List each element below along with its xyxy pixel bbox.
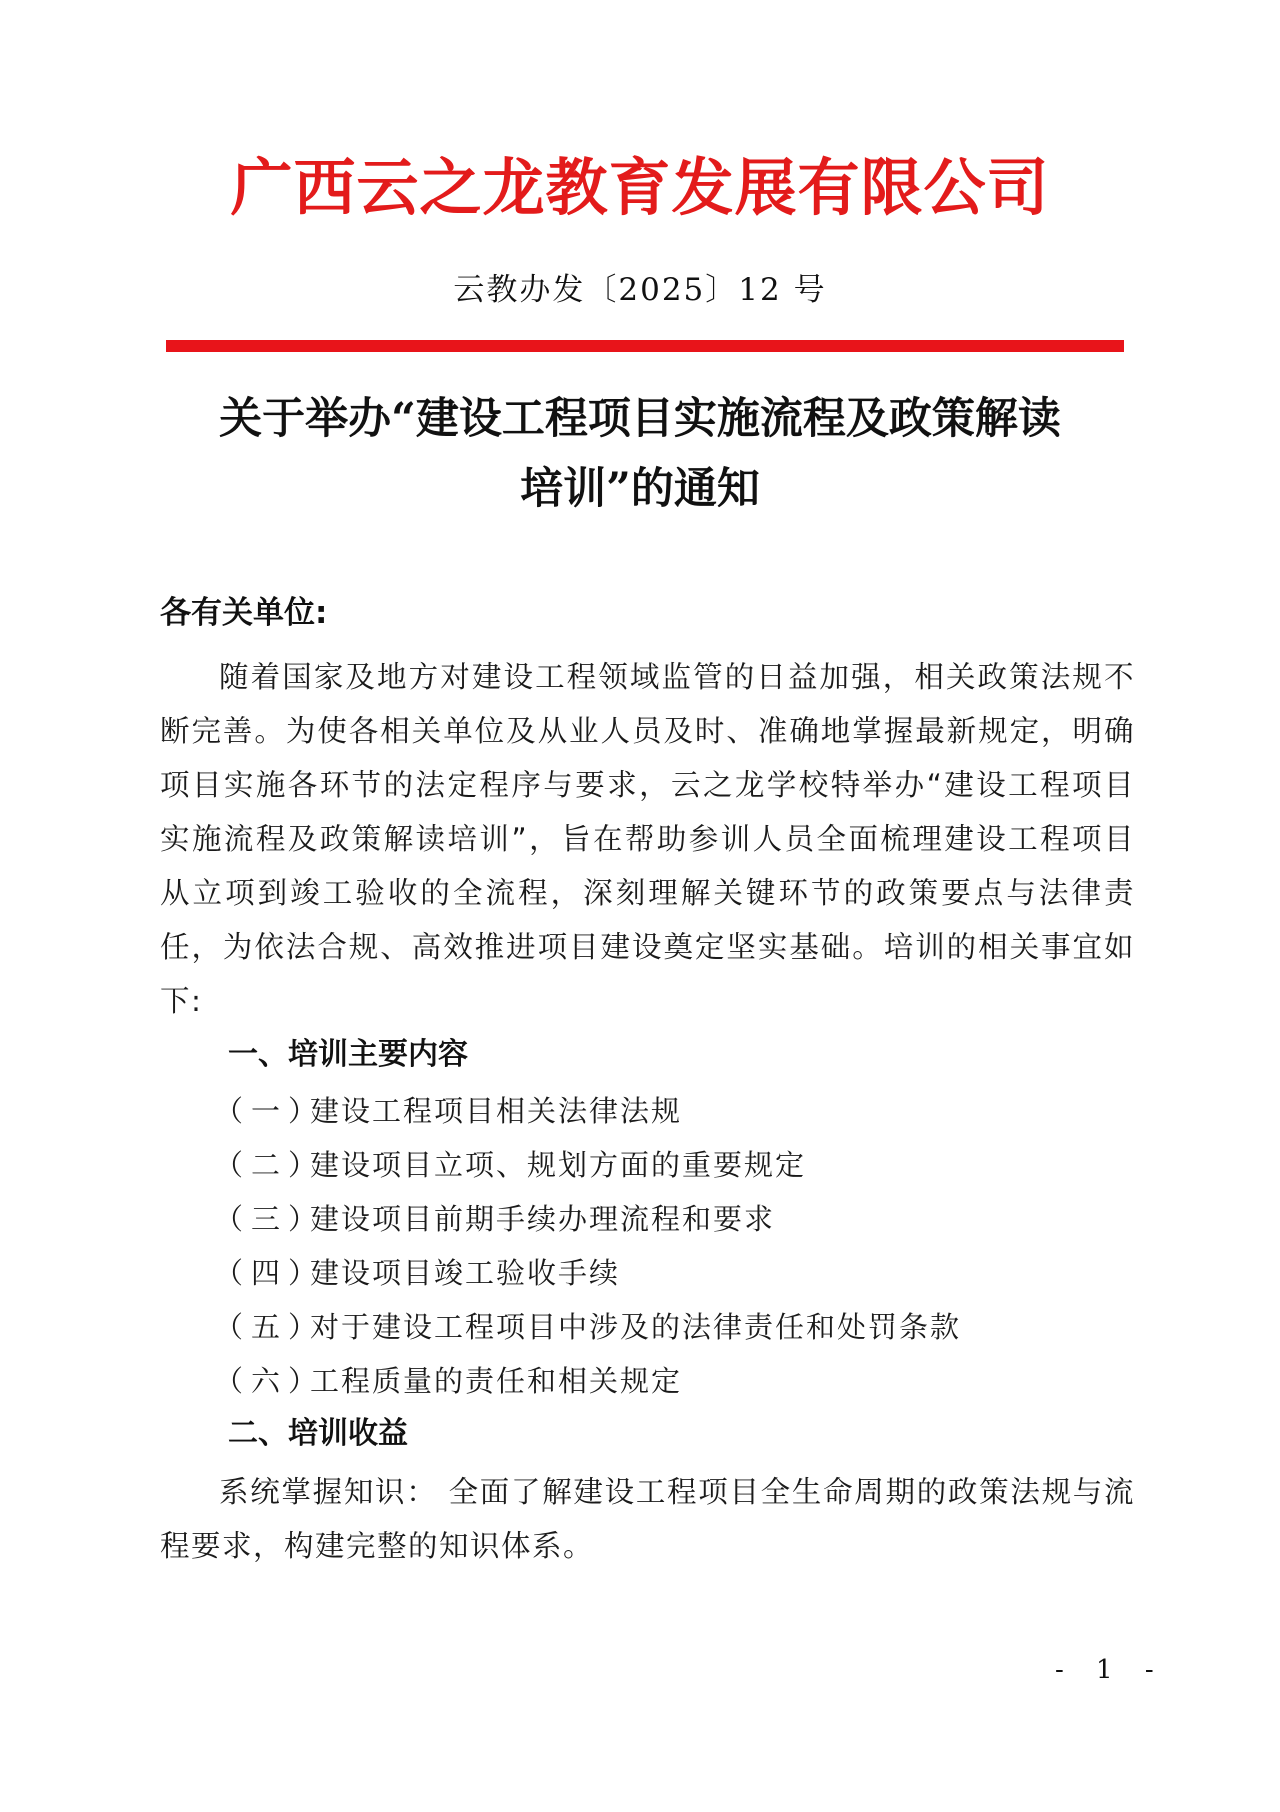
list-item-number: （四） xyxy=(214,1246,310,1300)
document-number: 云教办发〔2025〕12 号 xyxy=(0,270,1280,310)
list-item: （三）建设项目前期手续办理流程和要求 xyxy=(214,1192,1114,1246)
list-item-text: 建设项目前期手续办理流程和要求 xyxy=(310,1202,775,1236)
benefits-paragraph: 系统掌握知识： 全面了解建设工程项目全生命周期的政策法规与流程要求，构建完整的知… xyxy=(160,1465,1135,1573)
list-item-text: 建设项目立项、规划方面的重要规定 xyxy=(310,1148,806,1182)
training-content-list: （一）建设工程项目相关法律法规 （二）建设项目立项、规划方面的重要规定 （三）建… xyxy=(214,1084,1114,1408)
salutation: 各有关单位: xyxy=(160,593,327,633)
list-item-text: 工程质量的责任和相关规定 xyxy=(310,1364,682,1398)
section-heading-training-benefits: 二、培训收益 xyxy=(228,1414,408,1454)
benefits-paragraph-block: 系统掌握知识： 全面了解建设工程项目全生命周期的政策法规与流程要求，构建完整的知… xyxy=(160,1465,1135,1573)
document-title: 关于举办“建设工程项目实施流程及政策解读 培训”的通知 xyxy=(150,384,1130,524)
list-item-number: （一） xyxy=(214,1084,310,1138)
list-item-number: （三） xyxy=(214,1192,310,1246)
list-item: （二）建设项目立项、规划方面的重要规定 xyxy=(214,1138,1114,1192)
intro-paragraph: 随着国家及地方对建设工程领域监管的日益加强，相关政策法规不断完善。为使各相关单位… xyxy=(160,650,1135,1028)
list-item-text: 建设项目竣工验收手续 xyxy=(310,1256,620,1290)
intro-paragraph-block: 随着国家及地方对建设工程领域监管的日益加强，相关政策法规不断完善。为使各相关单位… xyxy=(160,650,1135,1028)
list-item-number: （六） xyxy=(214,1354,310,1408)
list-item: （四）建设项目竣工验收手续 xyxy=(214,1246,1114,1300)
list-item-text: 对于建设工程项目中涉及的法律责任和处罚条款 xyxy=(310,1310,961,1344)
list-item: （六）工程质量的责任和相关规定 xyxy=(214,1354,1114,1408)
section-heading-training-content: 一、培训主要内容 xyxy=(228,1035,468,1075)
page-number: - 1 - xyxy=(1055,1655,1166,1685)
red-divider-rule xyxy=(166,340,1124,352)
list-item-text: 建设工程项目相关法律法规 xyxy=(310,1094,682,1128)
document-title-line-2: 培训”的通知 xyxy=(150,454,1130,524)
document-title-line-1: 关于举办“建设工程项目实施流程及政策解读 xyxy=(150,384,1130,454)
organization-letterhead: 广西云之龙教育发展有限公司 xyxy=(0,152,1280,224)
document-page: 广西云之龙教育发展有限公司 云教办发〔2025〕12 号 关于举办“建设工程项目… xyxy=(0,0,1280,1812)
list-item: （一）建设工程项目相关法律法规 xyxy=(214,1084,1114,1138)
list-item-number: （五） xyxy=(214,1300,310,1354)
list-item-number: （二） xyxy=(214,1138,310,1192)
list-item: （五）对于建设工程项目中涉及的法律责任和处罚条款 xyxy=(214,1300,1114,1354)
